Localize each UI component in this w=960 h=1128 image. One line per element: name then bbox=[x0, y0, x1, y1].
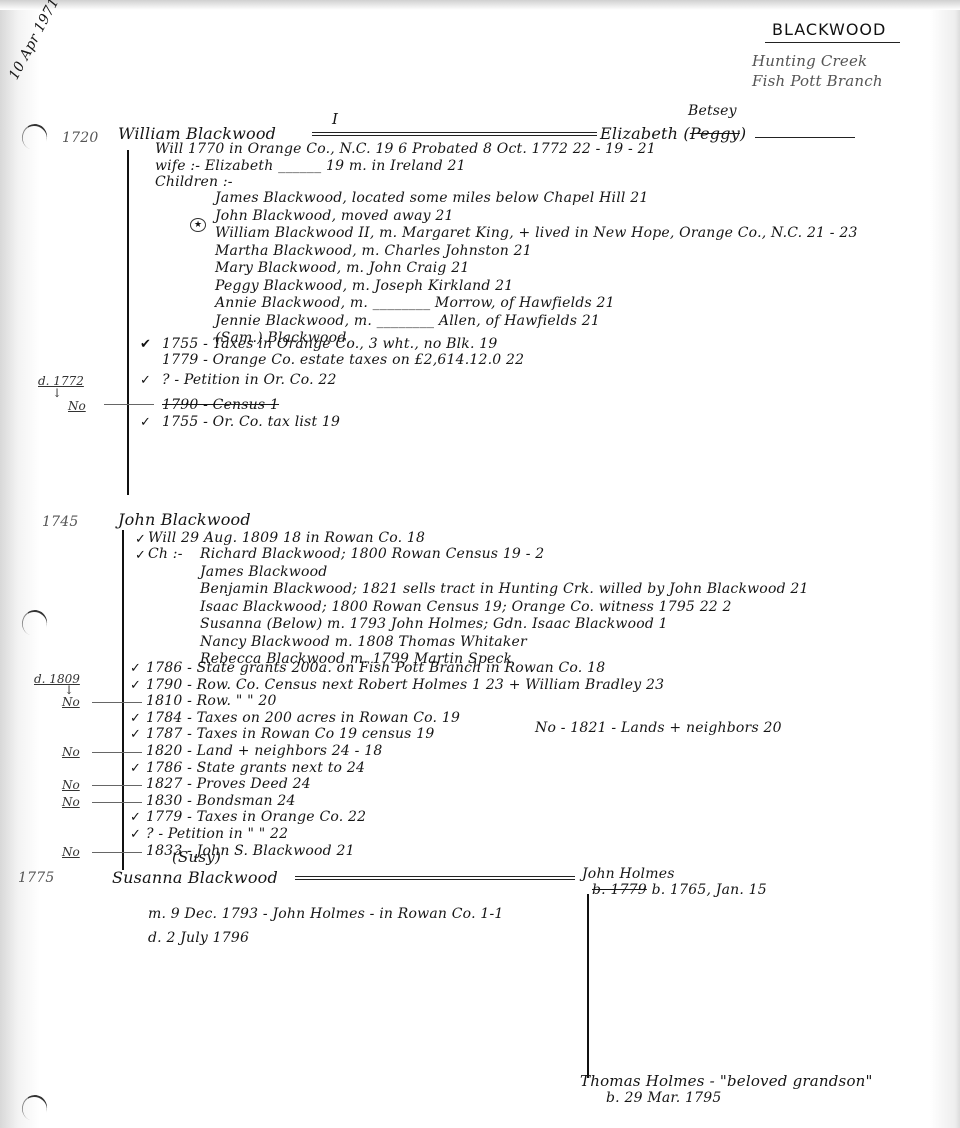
john-name: John Blackwood bbox=[118, 510, 251, 529]
circled-check-icon: ★ bbox=[190, 218, 206, 232]
margin-no: No bbox=[62, 845, 80, 859]
margin-no: No bbox=[62, 745, 80, 759]
document-page: 10 Apr 1971 BLACKWOOD Hunting Creek Fish… bbox=[0, 0, 960, 1128]
margin-no: No bbox=[62, 795, 80, 809]
record-item: 1827 - Proves Deed 24 bbox=[146, 776, 311, 792]
william-descent-line bbox=[127, 150, 129, 495]
child-item: James Blackwood bbox=[200, 564, 327, 580]
surname-title: BLACKWOOD bbox=[772, 20, 886, 39]
child-item: James Blackwood, located some miles belo… bbox=[215, 190, 648, 206]
child-item: Isaac Blackwood; 1800 Rowan Census 19; O… bbox=[200, 599, 732, 615]
william-year: 1720 bbox=[62, 130, 98, 146]
john-year: 1745 bbox=[42, 514, 78, 530]
child-item: Susanna (Below) m. 1793 John Holmes; Gdn… bbox=[200, 616, 668, 632]
check-icon: ✔ bbox=[140, 337, 151, 352]
grandson-name: Thomas Holmes - "beloved grandson" bbox=[580, 1072, 873, 1090]
holmes-descent-line bbox=[587, 894, 589, 1078]
title-underline bbox=[765, 42, 900, 43]
arrow-down-icon: ↓ bbox=[52, 386, 62, 400]
check-icon: ✓ bbox=[140, 415, 151, 430]
binder-hole bbox=[18, 121, 50, 154]
susanna-year: 1775 bbox=[18, 870, 54, 886]
marriage-line bbox=[312, 132, 597, 136]
william-wife: wife :- Elizabeth ______ 19 m. in Irelan… bbox=[155, 158, 466, 174]
william-will: Will 1770 in Orange Co., N.C. 19 6 Proba… bbox=[155, 141, 656, 157]
record-item: 1830 - Bondsman 24 bbox=[146, 793, 296, 809]
child-item: Peggy Blackwood, m. Joseph Kirkland 21 bbox=[215, 278, 513, 294]
john-side-note: No - 1821 - Lands + neighbors 20 bbox=[535, 720, 782, 736]
susanna-spouse: John Holmes bbox=[582, 866, 675, 882]
record-item: 1779 - Orange Co. estate taxes on £2,614… bbox=[162, 352, 524, 368]
margin-no: No bbox=[62, 695, 80, 709]
record-item: 1755 - Taxes in Orange Co., 3 wht., no B… bbox=[162, 336, 498, 352]
record-item: 1790 - Row. Co. Census next Robert Holme… bbox=[146, 677, 664, 693]
child-item: Annie Blackwood, m. ________ Morrow, of … bbox=[215, 295, 615, 311]
record-item: 1779 - Taxes in Orange Co. 22 bbox=[146, 809, 366, 825]
susanna-marriage: m. 9 Dec. 1793 - John Holmes - in Rowan … bbox=[148, 906, 504, 922]
john-descent-line bbox=[122, 530, 124, 870]
check-icon: ✓ bbox=[130, 711, 141, 726]
william-margin-no: No bbox=[68, 399, 86, 413]
record-item: 1810 - Row. " " 20 bbox=[146, 693, 277, 709]
grandson-birth: b. 29 Mar. 1795 bbox=[606, 1090, 722, 1106]
child-item: Nancy Blackwood m. 1808 Thomas Whitaker bbox=[200, 634, 527, 650]
check-icon: ✓ bbox=[130, 810, 141, 825]
record-item: 1787 - Taxes in Rowan Co 19 census 19 bbox=[146, 726, 434, 742]
john-will: Will 29 Aug. 1809 18 in Rowan Co. 18 bbox=[148, 530, 425, 546]
location-2: Fish Pott Branch bbox=[752, 72, 883, 90]
children-label: Children :- bbox=[155, 174, 233, 190]
susanna-name: Susanna Blackwood bbox=[112, 868, 278, 887]
susanna-marriage-line bbox=[295, 876, 575, 880]
child-item: William Blackwood II, m. Margaret King, … bbox=[215, 225, 858, 241]
spouse-birth: b. 1779 b. 1765, Jan. 15 bbox=[592, 882, 767, 898]
record-item: 1786 - State grants next to 24 bbox=[146, 760, 365, 776]
child-item: John Blackwood, moved away 21 bbox=[215, 208, 454, 224]
check-icon: ✓ bbox=[140, 373, 151, 388]
john-children-label: Ch :- bbox=[148, 546, 183, 562]
location-1: Hunting Creek bbox=[752, 52, 867, 70]
record-item: ? - Petition in " " 22 bbox=[146, 826, 288, 842]
susanna-death: d. 2 July 1796 bbox=[148, 930, 249, 946]
check-icon: ✓ bbox=[130, 761, 141, 776]
record-item: 1820 - Land + neighbors 24 - 18 bbox=[146, 743, 382, 759]
check-icon: ✓ bbox=[130, 661, 141, 676]
check-icon: ✓ bbox=[130, 678, 141, 693]
spouse-nickname: Betsey bbox=[688, 103, 737, 119]
record-item: 1786 - State grants 200a. on Fish Pott B… bbox=[146, 660, 605, 676]
margin-no: No bbox=[62, 778, 80, 792]
check-icon: ✓ bbox=[130, 827, 141, 842]
child-item: Richard Blackwood; 1800 Rowan Census 19 … bbox=[200, 546, 544, 562]
child-item: Benjamin Blackwood; 1821 sells tract in … bbox=[200, 581, 809, 597]
arrow-down-icon: ↓ bbox=[64, 683, 74, 697]
susanna-nickname: (Susy) bbox=[172, 848, 221, 866]
record-item: 1784 - Taxes on 200 acres in Rowan Co. 1… bbox=[146, 710, 460, 726]
binder-hole bbox=[18, 1092, 50, 1125]
william-generation: I bbox=[332, 110, 338, 128]
binder-hole bbox=[18, 607, 50, 640]
child-item: Mary Blackwood, m. John Craig 21 bbox=[215, 260, 469, 276]
record-item: ? - Petition in Or. Co. 22 bbox=[162, 372, 337, 388]
record-item: 1755 - Or. Co. tax list 19 bbox=[162, 414, 340, 430]
spouse-line bbox=[755, 137, 855, 138]
child-item: Martha Blackwood, m. Charles Johnston 21 bbox=[215, 243, 532, 259]
check-icon: ✓ bbox=[130, 727, 141, 742]
child-item: Jennie Blackwood, m. ________ Allen, of … bbox=[215, 313, 600, 329]
date-stamp: 10 Apr 1971 bbox=[6, 0, 63, 83]
record-item: 1790 - Census 1 bbox=[162, 397, 279, 413]
